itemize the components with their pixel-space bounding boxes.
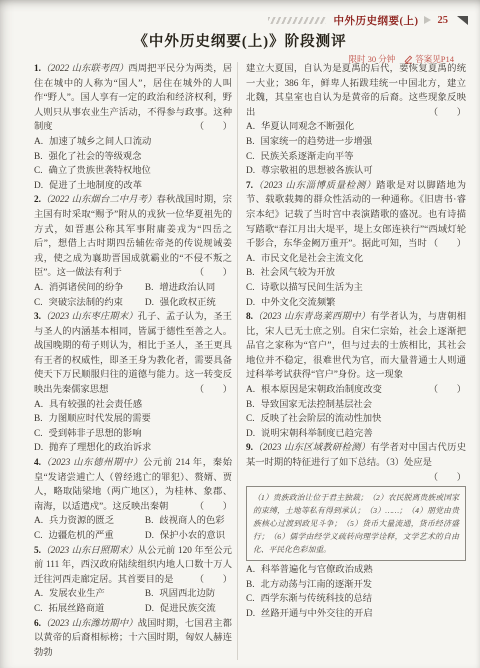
option-text: 受到韩非子思想的影响 [49, 427, 142, 442]
question-block: 2.（2022 山东烟台二中月考）春秋战国时期，宗主国有时采取“赐予”附从的戎狄… [34, 193, 232, 310]
option: A.发展农业生产 [34, 587, 145, 602]
option: B.国家统一的趋势进一步增强 [246, 135, 466, 150]
option-label: D. [246, 296, 255, 311]
question-number: 1. [34, 64, 41, 74]
option-label: A. [34, 587, 43, 602]
option-label: C. [34, 296, 43, 311]
option: A.根本原因是宋朝政治制度改变 [246, 383, 429, 398]
option: B.歧视商人的色彩 [145, 514, 225, 529]
option-text: 西学东渐与传统科技的总结 [261, 592, 373, 607]
option-row: A.消弭诸侯间的纷争B.增进政治认同 [34, 281, 232, 296]
option-text: 确立了贵族世袭特权地位 [49, 164, 151, 179]
option: A.具有较强的社会责任感 [34, 398, 232, 413]
option: C.边疆危机的严重 [34, 529, 145, 544]
option-text: 兵力资源的匮乏 [49, 514, 114, 529]
question-source: （2023 山东潍坊期中） [41, 619, 138, 629]
question-stem: 5.（2023 山东日照期末）从公元前 120 年至公元前 111 年，西汉政府… [34, 544, 232, 588]
option-label: B. [145, 514, 154, 529]
option-text: 巩固西北边防 [159, 587, 215, 602]
question-source: （2023 山东德州期中） [41, 458, 143, 468]
option-text: 保护小农的意识 [160, 529, 225, 544]
option-text: 北方动荡与江南的逐渐开发 [261, 578, 373, 593]
answer-bracket: （ ） [195, 266, 232, 281]
option-label: A. [34, 514, 43, 529]
option-label: A. [246, 252, 255, 267]
option-text: 加速了城乡之间人口流动 [49, 135, 151, 150]
option-text: 促进了土地制度的改革 [49, 179, 142, 194]
question-stem: 3.（2023 山东枣庄期末）孔子、孟子认为，圣王与圣人的内涵基本相同，皆属于德… [34, 310, 232, 398]
question-stem: 9.（2023 山东区域教研检测）有学者对中国古代历史某一时期的特征进行了如下总… [246, 441, 466, 485]
question-block: 3.（2023 山东枣庄期末）孔子、孟子认为，圣王与圣人的内涵基本相同，皆属于德… [34, 310, 232, 456]
question-block: 1.（2022 山东联考四）西周把平民分为两类，居住在城中的人称为“国人”，居住… [34, 62, 232, 193]
option: D.丝路开通与中外交往的开启 [246, 607, 466, 622]
option-text: 诗歌以描写民间生活为主 [261, 281, 363, 296]
option: A.华夏认同观念不断强化 [246, 120, 466, 135]
answer-bracket: （ ） [429, 383, 466, 398]
question-source: （2023 山东区域教研检测） [253, 443, 370, 453]
option: C.诗歌以描写民间生活为主 [246, 281, 466, 296]
option-label: C. [34, 164, 43, 179]
question-block: 6.（2023 山东潍坊期中）战国时期，七国君主都以黄帝的后裔相标榜；十六国时期… [34, 617, 232, 661]
option-row: C.拓展丝路商道D.促进民族交流 [34, 602, 232, 617]
option-text: 歧视商人的色彩 [159, 514, 224, 529]
option-label: A. [34, 135, 43, 150]
option: C.确立了贵族世袭特权地位 [34, 164, 232, 179]
answer-bracket: （ ） [195, 573, 232, 588]
header-stripes-decoration [268, 17, 326, 24]
option: D.促进了土地制度的改革 [34, 179, 232, 194]
option-row: A.发展农业生产B.巩固西北边防 [34, 587, 232, 602]
option-label: B. [246, 135, 255, 150]
question-stem: 8.（2023 山东青岛莱西期中）有学者认为，与唐朝相比，宋人已无士庶之别。自宋… [246, 310, 466, 383]
option: D.保护小农的意识 [145, 529, 225, 544]
option-label: B. [145, 281, 154, 296]
option-label: D. [34, 179, 43, 194]
option-row: C.突破宗法制的约束D.强化政权正统 [34, 296, 232, 311]
answer-bracket: （ ） [429, 106, 466, 121]
question-block: 9.（2023 山东区域教研检测）有学者对中国古代历史某一时期的特征进行了如下总… [246, 441, 466, 621]
question-text: 孔子、孟子认为，圣王与圣人的内涵基本相同，皆属于德性至善之人。战国晚期的荀子则认… [34, 312, 232, 395]
page-header: 中外历史纲要(上) 25 [0, 13, 468, 27]
option-text: 反映了社会阶层的流动性加快 [261, 412, 382, 427]
question-block: 7.（2023 山东淄博质量检测）踏歌是对以脚踏地为节、载歌载舞的群众性活动的一… [246, 179, 466, 310]
option: B.巩固西北边防 [145, 587, 215, 602]
option-label: A. [246, 120, 255, 135]
option-label: C. [246, 281, 255, 296]
option-text: 抛弃了理想化的政治诉求 [49, 441, 151, 456]
answer-bracket: （ ） [429, 471, 466, 486]
answer-bracket: （ ） [429, 237, 466, 252]
option: B.强化了社会的等级观念 [34, 150, 232, 165]
option: C.突破宗法制的约束 [34, 296, 145, 311]
option: B.增进政治认同 [145, 281, 215, 296]
option-text: 强化政权正统 [160, 296, 216, 311]
option-label: A. [246, 383, 255, 398]
question-block: 建立大夏国，自认为是夏禹的后代，要恢复夏禹的统一大业；386 年，鲜卑人拓跋珪统… [246, 62, 466, 179]
option-label: D. [145, 296, 154, 311]
option-row: A.兵力资源的匮乏B.歧视商人的色彩 [34, 514, 232, 529]
summary-box: （1）贵族政治让位于君主独裁；（2）农民脱离贵族或国家的束缚，土地等私有得到承认… [246, 486, 466, 561]
question-number: 9. [246, 443, 253, 453]
option-label: B. [246, 398, 255, 413]
question-number: 8. [246, 312, 253, 322]
option: C.受到韩非子思想的影响 [34, 427, 232, 442]
answer-bracket: （ ） [195, 383, 232, 398]
option: C.西学东渐与传统科技的总结 [246, 592, 466, 607]
option-label: A. [34, 398, 43, 413]
question-number: 6. [34, 619, 41, 629]
question-source: （2023 山东淄博质量检测） [253, 181, 376, 191]
question-block: 5.（2023 山东日照期末）从公元前 120 年至公元前 111 年，西汉政府… [34, 544, 232, 617]
question-source: （2023 山东日照期末） [41, 546, 138, 556]
option-text: 力图顺应时代发展的需要 [49, 412, 151, 427]
option-label: C. [246, 150, 255, 165]
option-label: B. [246, 578, 255, 593]
option: C.拓展丝路商道 [34, 602, 145, 617]
option: B.力图顺应时代发展的需要 [34, 412, 232, 427]
triangle-separator-icon [424, 16, 431, 24]
option-label: D. [246, 607, 255, 622]
option-text: 科举普遍化与官僚政治成熟 [261, 563, 373, 578]
question-number: 2. [34, 195, 41, 205]
option-text: 消弭诸侯间的纷争 [49, 281, 123, 296]
option: D.尊宗敬祖的思想被各族认可 [246, 164, 466, 179]
option: D.促进民族交流 [145, 602, 216, 617]
option-text: 突破宗法制的约束 [49, 296, 123, 311]
option: D.说明宋朝科举制度已趋完善 [246, 427, 466, 442]
book-title: 中外历史纲要(上) [334, 13, 419, 28]
option-text: 拓展丝路商道 [49, 602, 105, 617]
answer-bracket: （ ） [195, 500, 232, 515]
option-text: 根本原因是宋朝政治制度改变 [261, 383, 382, 398]
option: D.强化政权正统 [145, 296, 216, 311]
question-source: （2022 山东烟台二中月考） [41, 195, 157, 205]
option: A.消弭诸侯间的纷争 [34, 281, 145, 296]
option: B.社会风气较为开放 [246, 266, 466, 281]
question-source: （2023 山东青岛莱西期中） [253, 312, 370, 322]
option-text: 丝路开通与中外交往的开启 [261, 607, 373, 622]
question-block: 4.（2023 山东德州期中）公元前 214 年，秦始皇“发诸尝逋亡人（曾经逃亡… [34, 456, 232, 544]
option-text: 促进民族交流 [160, 602, 216, 617]
option-text: 发展农业生产 [49, 587, 105, 602]
option: A.市民文化是社会主流文化 [246, 252, 466, 267]
question-block: 8.（2023 山东青岛莱西期中）有学者认为，与唐朝相比，宋人已无士庶之别。自宋… [246, 310, 466, 441]
option-label: B. [145, 587, 154, 602]
answer-bracket: （ ） [195, 120, 232, 135]
option-label: B. [34, 150, 43, 165]
option-label: D. [246, 164, 255, 179]
option-row: C.边疆危机的严重D.保护小农的意识 [34, 529, 232, 544]
option-label: D. [34, 441, 43, 456]
question-columns: 1.（2022 山东联考四）西周把平民分为两类，居住在城中的人称为“国人”，居住… [34, 62, 466, 660]
option-text: 华夏认同观念不断强化 [261, 120, 354, 135]
option-label: B. [246, 266, 255, 281]
question-stem: 2.（2022 山东烟台二中月考）春秋战国时期，宗主国有时采取“赐予”附从的戎狄… [34, 193, 232, 281]
option-label: D. [246, 427, 255, 442]
option: A.加速了城乡之间人口流动 [34, 135, 232, 150]
question-number: 7. [246, 181, 253, 191]
question-source: （2023 山东枣庄期末） [41, 312, 138, 322]
option-label: A. [34, 281, 43, 296]
question-stem: 6.（2023 山东潍坊期中）战国时期，七国君主都以黄帝的后裔相标榜；十六国时期… [34, 617, 232, 661]
option: B.导致国家无法控制基层社会 [246, 398, 466, 413]
question-number: 5. [34, 546, 41, 556]
page-title: 《中外历史纲要(上)》阶段测评 [0, 30, 480, 51]
option: A.科举普遍化与官僚政治成熟 [246, 563, 466, 578]
column-right: 建立大夏国，自认为是夏禹的后代，要恢复夏禹的统一大业；386 年，鲜卑人拓跋珪统… [237, 62, 466, 660]
page-number: 25 [438, 15, 449, 26]
scanned-workbook-page: 中外历史纲要(上) 25 《中外历史纲要(上)》阶段测评 限时 30 分钟 答案… [0, 0, 480, 668]
question-text: 有学者认为，与唐朝相比，宋人已无士庶之别。自宋仁宗始，社会上逐渐把品官之家称为“… [246, 312, 466, 380]
option-text: 民族关系逐渐走向平等 [261, 150, 354, 165]
option-label: C. [34, 602, 43, 617]
option-text: 社会风气较为开放 [261, 266, 335, 281]
option-label: C. [34, 427, 43, 442]
option-text: 导致国家无法控制基层社会 [261, 398, 373, 413]
question-text: 春秋战国时期，宗主国有时采取“赐予”附从的戎狄一位华夏祖先的方式，如晋惠公称其军… [34, 195, 232, 278]
option-label: C. [34, 529, 43, 544]
option-text: 说明宋朝科举制度已趋完善 [261, 427, 373, 442]
question-stem: 4.（2023 山东德州期中）公元前 214 年，秦始皇“发诸尝逋亡人（曾经逃亡… [34, 456, 232, 514]
option-label: C. [246, 412, 255, 427]
option: D.中外文化交流频繁 [246, 296, 466, 311]
column-left: 1.（2022 山东联考四）西周把平民分为两类，居住在城中的人称为“国人”，居住… [34, 62, 237, 660]
option-text: 市民文化是社会主流文化 [261, 252, 363, 267]
option-text: 国家统一的趋势进一步增强 [261, 135, 373, 150]
option: C.民族关系逐渐走向平等 [246, 150, 466, 165]
option-label: D. [145, 529, 154, 544]
question-stem: 7.（2023 山东淄博质量检测）踏歌是对以脚踏地为节、载歌载舞的群众性活动的一… [246, 179, 466, 252]
option-label: A. [246, 563, 255, 578]
question-number: 3. [34, 312, 41, 322]
option-label: D. [145, 602, 154, 617]
option-label: B. [34, 412, 43, 427]
option-text: 中外文化交流频繁 [261, 296, 335, 311]
option: D.抛弃了理想化的政治诉求 [34, 441, 232, 456]
option-text: 增进政治认同 [159, 281, 215, 296]
option: B.北方动荡与江南的逐渐开发 [246, 578, 466, 593]
question-number: 4. [34, 458, 41, 468]
question-source: （2022 山东联考四） [41, 64, 128, 74]
option-label: C. [246, 592, 255, 607]
option-text: 强化了社会的等级观念 [49, 150, 142, 165]
option-text: 尊宗敬祖的思想被各族认可 [261, 164, 373, 179]
option: C.反映了社会阶层的流动性加快 [246, 412, 466, 427]
option-text: 具有较强的社会责任感 [49, 398, 142, 413]
question-stem: 建立大夏国，自认为是夏禹的后代，要恢复夏禹的统一大业；386 年，鲜卑人拓跋珪统… [246, 62, 466, 120]
option-text: 边疆危机的严重 [49, 529, 114, 544]
option: A.兵力资源的匮乏 [34, 514, 145, 529]
question-stem: 1.（2022 山东联考四）西周把平民分为两类，居住在城中的人称为“国人”，居住… [34, 62, 232, 135]
corner-mark-icon [457, 16, 468, 25]
